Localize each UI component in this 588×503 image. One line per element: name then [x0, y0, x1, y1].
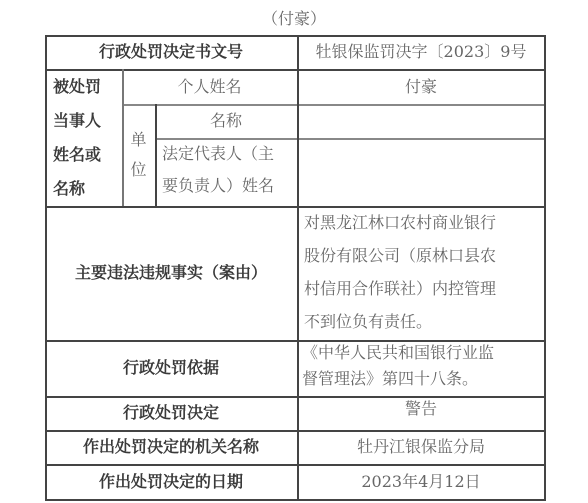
date-label: 作出处罚决定的日期: [45, 464, 297, 499]
unit-label-line: 单: [130, 125, 146, 155]
grid-line: [155, 104, 157, 206]
party-label: 被处罚 当事人 姓名或 名称: [45, 69, 122, 206]
party-label-line: 被处罚: [53, 70, 101, 104]
legal-rep-label-line: 要负责人）姓名: [162, 170, 274, 202]
party-label-line: 名称: [53, 172, 85, 206]
date-value: 2023年4月12日: [297, 464, 545, 499]
facts-line: 股份有限公司（原林口县农: [304, 239, 496, 272]
authority-label: 作出处罚决定的机关名称: [45, 430, 297, 464]
grid-line: [45, 430, 545, 432]
party-label-line: 姓名或: [53, 138, 101, 172]
facts-line: 不到位负有责任。: [304, 305, 432, 338]
unit-label: 单 位: [122, 104, 155, 206]
facts-line: 对黑龙江林口农村商业银行: [304, 206, 496, 239]
grid-line: [45, 499, 546, 501]
legal-rep-label: 法定代表人（主 要负责人）姓名: [155, 138, 297, 206]
grid-line: [122, 69, 124, 206]
document-caption: （付豪）: [0, 6, 588, 29]
grid-line: [45, 35, 545, 37]
basis-line: 《中华人民共和国银行业监: [302, 340, 494, 366]
grid-line: [155, 138, 545, 140]
basis-value: 《中华人民共和国银行业监 督管理法》第四十八条。: [297, 340, 545, 396]
authority-value: 牡丹江银保监分局: [297, 430, 545, 464]
facts-label: 主要违法违规事实（案由）: [45, 206, 297, 340]
doc-no-value: 牡银保监罚决字〔2023〕9号: [297, 35, 545, 69]
grid-line: [544, 35, 546, 500]
basis-line: 督管理法》第四十八条。: [302, 366, 478, 392]
individual-name-value: 付豪: [297, 69, 545, 104]
individual-name-label: 个人姓名: [122, 69, 297, 104]
grid-line: [45, 206, 545, 208]
grid-line: [122, 104, 545, 106]
grid-line: [45, 35, 47, 500]
grid-line: [45, 340, 545, 342]
unit-name-value: [297, 104, 545, 138]
unit-name-label: 名称: [155, 104, 297, 138]
penalty-table: 行政处罚决定书文号 牡银保监罚决字〔2023〕9号 被处罚 当事人 姓名或 名称…: [45, 35, 545, 499]
decision-value: 警告: [297, 396, 545, 430]
grid-line: [297, 35, 299, 500]
legal-rep-label-line: 法定代表人（主: [162, 138, 274, 170]
party-label-line: 当事人: [53, 104, 101, 138]
doc-no-label: 行政处罚决定书文号: [45, 35, 297, 69]
grid-line: [45, 69, 545, 71]
grid-line: [45, 464, 545, 466]
grid-line: [45, 396, 545, 398]
unit-label-line: 位: [130, 155, 146, 185]
decision-label: 行政处罚决定: [45, 396, 297, 430]
facts-value: 对黑龙江林口农村商业银行 股份有限公司（原林口县农 村信用合作联社）内控管理 不…: [297, 206, 545, 340]
facts-line: 村信用合作联社）内控管理: [304, 272, 496, 305]
legal-rep-value: [297, 138, 545, 206]
basis-label: 行政处罚依据: [45, 340, 297, 396]
